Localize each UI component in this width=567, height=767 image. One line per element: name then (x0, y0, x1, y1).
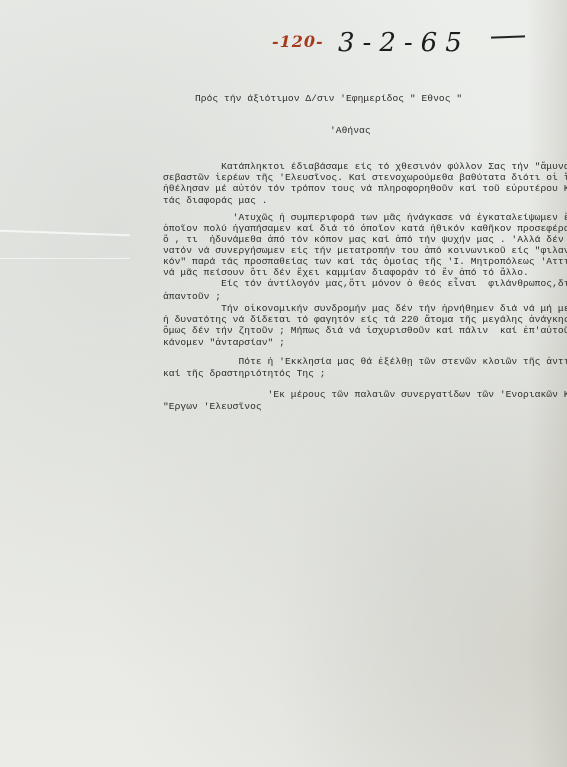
body-line: κόν" παρά τάς προσπαθείας των καί τάς ὁμ… (163, 256, 567, 267)
body-line: Είς τόν ἀντίλογόν μας,ὅτι μόνον ὁ θεός ε… (163, 278, 567, 289)
handwritten-date: 3-2-65 (338, 28, 470, 58)
paper-crease (0, 230, 130, 237)
body-line: ὅ , τι ἠδυνάμεθα ἀπό τόν κόπον μας καί ἀ… (163, 234, 567, 245)
document-page: -120- 3-2-65 Πρός τήν άξιότιμον Δ/σιν 'Ε… (0, 0, 567, 767)
body-line: ὁποῖον πολύ ἠγαπήσαμεν καί διά τό ὁποῖον… (163, 223, 567, 234)
body-line: Κατάπληκτοι έδιαβάσαμε είς τό χθεσινόν φ… (163, 161, 567, 172)
paper-crease (0, 258, 130, 259)
body-line: ἠθέλησαν μέ αὐτόν τόν τρόπον τους νά πλη… (163, 183, 567, 194)
body-line: ἡ δυνατότης νά δίδεται τό φαγητόν είς τά… (163, 314, 567, 325)
body-line: ἀπαντοῦν ; (163, 291, 221, 302)
body-line: νατόν νά συνεργήσωμεν είς τήν μετατροπήν… (163, 245, 567, 256)
body-line: 'Ατυχῶς ἡ συμπεριφορά των μᾶς ἠνάγκασε ν… (163, 212, 567, 223)
city-line: 'Αθήνας (330, 125, 371, 136)
body-line: τάς διαφοράς μας . (163, 195, 268, 206)
handwritten-dash (491, 35, 525, 38)
addressee-line: Πρός τήν άξιότιμον Δ/σιν 'Εφημερίδος " Ε… (195, 93, 462, 104)
body-line: σεβαστῶν ἱερέων τῆς 'Ελευσῖνος. Καί στεν… (163, 172, 567, 183)
body-line: ὅμως δέν τήν ζητοῦν ; Μήπως διά νά ἰσχυρ… (163, 325, 567, 336)
body-line: καί τῆς δραστηριότητός Της ; (163, 368, 326, 379)
body-line: Πότε ἡ 'Εκκλησία μας θά ἐξέλθῃ τῶν στενῶ… (163, 356, 567, 367)
paper-edge-shadow (527, 0, 567, 767)
body-line: νά μᾶς πείσουν ὅτι δέν ἔχει καμμίαν διαφ… (163, 267, 529, 278)
signature-line: "Εργων 'Ελευσῖνος (163, 401, 262, 412)
body-line: Τήν οἰκονομικήν συνδρομήν μας δέν τήν ἠρ… (163, 303, 567, 314)
body-line: κάνομεν "ἀνταρσίαν" ; (163, 337, 285, 348)
archive-number-annotation: -120- (272, 32, 324, 51)
signature-line: 'Εκ μέρους τῶν παλαιῶν συνεργατίδων τῶν … (163, 389, 567, 400)
